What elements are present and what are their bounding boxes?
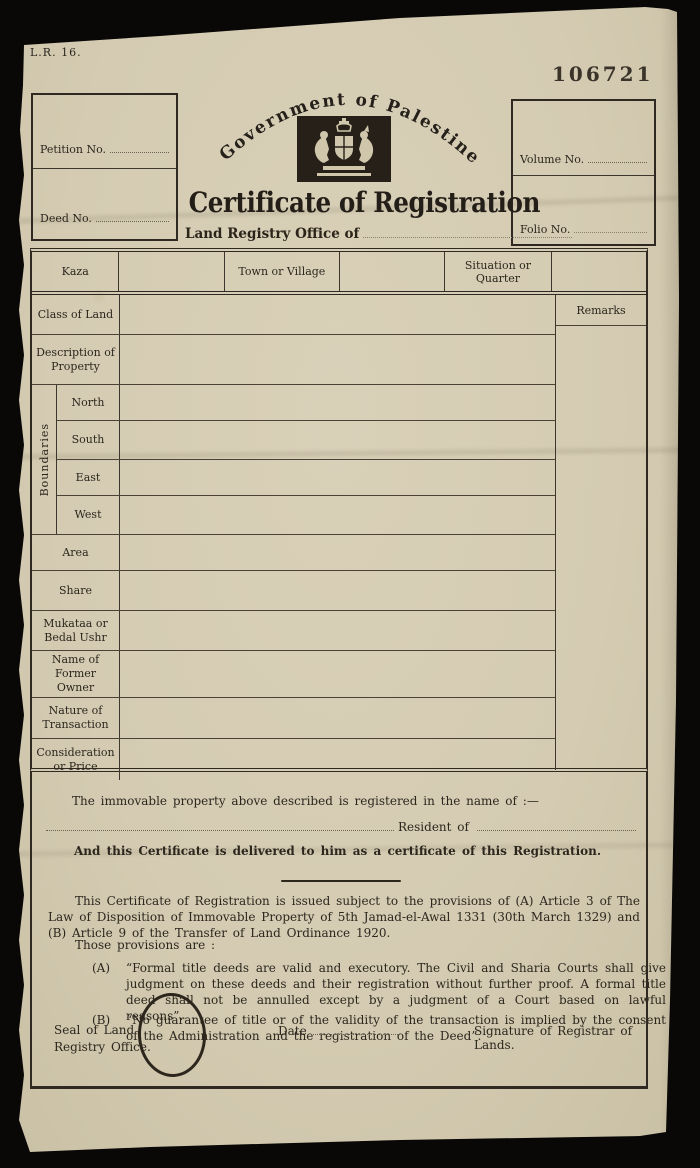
north-label: North [57, 385, 120, 420]
kaza-label: Kaza [32, 252, 119, 291]
class-of-land-label: Class of Land [32, 295, 120, 334]
former-owner-label: Name of Former Owner [32, 651, 120, 697]
table-row: Nature of Transaction [32, 698, 555, 739]
table-row: Area [32, 535, 555, 571]
registered-line: The immovable property above described i… [72, 794, 539, 808]
form-code: L.R. 16. [30, 46, 82, 59]
description-value [120, 335, 555, 384]
nature-value [120, 698, 555, 738]
south-label: South [57, 421, 120, 459]
certificate-paper: L.R. 16. 106721 Petition No. Deed No. Vo… [0, 0, 700, 1168]
owner-name-blank [46, 820, 394, 831]
date-line: Date [278, 1024, 400, 1038]
west-value [120, 496, 555, 534]
east-value [120, 460, 555, 495]
table-row: North [57, 385, 555, 421]
table-row: Mukataa or Bedal Ushr [32, 611, 555, 651]
table-row: East [57, 460, 555, 496]
petition-deed-box: Petition No. Deed No. [31, 93, 178, 241]
date-label: Date [278, 1024, 307, 1038]
section-divider-rule [281, 880, 401, 882]
west-label: West [57, 496, 120, 534]
photographed-document: L.R. 16. 106721 Petition No. Deed No. Vo… [0, 0, 700, 1168]
folio-no-blank [574, 223, 647, 233]
situation-value-cell [552, 252, 646, 291]
north-value [120, 385, 555, 420]
former-owner-value [120, 651, 555, 697]
area-value [120, 535, 555, 570]
table-row: Share [32, 571, 555, 611]
east-label: East [57, 460, 120, 495]
residence-blank [477, 820, 636, 831]
registration-table: Kaza Town or Village Situation or Quarte… [30, 248, 648, 772]
nature-label: Nature of Transaction [32, 698, 120, 738]
resident-line: Resident of [42, 820, 636, 834]
table-row: Name of Former Owner [32, 651, 555, 698]
date-blank [311, 1024, 400, 1035]
subject-paragraph: This Certificate of Registration is issu… [48, 893, 640, 941]
provisions-intro: Those provisions are : [75, 938, 215, 952]
area-label: Area [32, 535, 120, 570]
box-divider [33, 168, 176, 169]
resident-of-label: Resident of [398, 820, 469, 834]
delivered-line: And this Certificate is delivered to him… [74, 844, 601, 858]
situation-label: Situation or Quarter [445, 252, 551, 291]
table-row: South [57, 421, 555, 460]
petition-no-label: Petition No. [40, 143, 106, 156]
table-row: Description of Property [32, 335, 555, 385]
deed-no-blank [96, 212, 169, 222]
south-value [120, 421, 555, 459]
town-value-cell [340, 252, 445, 291]
petition-no-blank [110, 143, 169, 153]
volume-no-blank [588, 153, 647, 163]
volume-folio-box: Volume No. Folio No. [511, 99, 656, 246]
volume-no-label: Volume No. [520, 153, 584, 166]
remarks-label: Remarks [556, 295, 646, 326]
boundaries-label: Boundaries [38, 423, 51, 496]
kaza-value-cell [119, 252, 224, 291]
land-registry-office-line: Land Registry Office of [185, 226, 572, 242]
office-label: Land Registry Office of [185, 226, 359, 242]
table-row: Class of Land [32, 295, 555, 335]
serial-number: 106721 [552, 62, 654, 86]
share-value [120, 571, 555, 610]
seal-label: Seal of Land Registry Office. [54, 1022, 151, 1056]
mukataa-value [120, 611, 555, 650]
share-label: Share [32, 571, 120, 610]
seal-label-line2: Registry Office. [54, 1039, 151, 1056]
deed-no-label: Deed No. [40, 212, 92, 225]
declaration-section: The immovable property above described i… [30, 772, 648, 1089]
boundaries-strip: Boundaries [32, 385, 57, 534]
box-divider [513, 175, 654, 176]
table-row: West [57, 496, 555, 534]
signature-label: Signature of Registrar of Lands. [474, 1024, 646, 1052]
seal-label-line1: Seal of Land [54, 1022, 151, 1039]
class-of-land-value [120, 295, 555, 334]
remarks-column: Remarks [555, 295, 646, 770]
certificate-title: Certificate of Registration [189, 186, 506, 219]
royal-coat-of-arms [297, 116, 391, 182]
table-header-row: Kaza Town or Village Situation or Quarte… [32, 252, 646, 295]
boundaries-block: Boundaries North South [32, 385, 555, 535]
town-label: Town or Village [225, 252, 340, 291]
description-label: Description of Property [32, 335, 120, 384]
office-blank [363, 226, 572, 238]
mukataa-label: Mukataa or Bedal Ushr [32, 611, 120, 650]
